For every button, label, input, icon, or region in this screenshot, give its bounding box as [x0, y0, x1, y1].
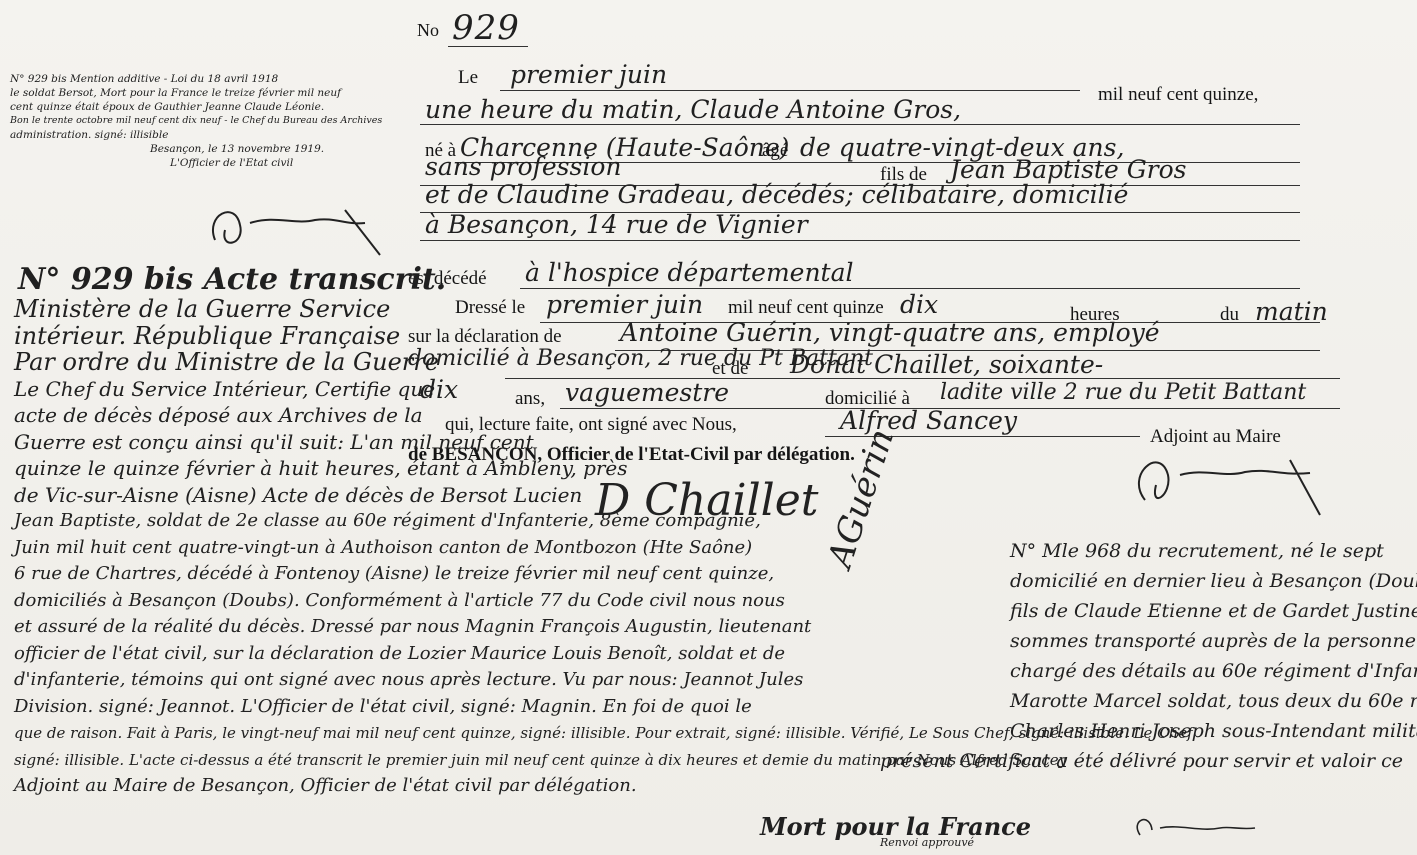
- transcription-right-line: présent Certificat a été délivré pour se…: [880, 746, 1417, 776]
- document-page: No 929 N° 929 bis Mention additive - Loi…: [0, 0, 1417, 855]
- officer-signature-1: [195, 195, 405, 265]
- transcription-right-line: sommes transporté auprès de la personne …: [1010, 626, 1417, 656]
- margin-note-line: Besançon, le 13 novembre 1919.: [10, 142, 390, 156]
- renvoi-approuve: Renvoi approuvé: [880, 836, 974, 849]
- transcription-line: quinze le quinze février à huit heures, …: [14, 455, 1193, 482]
- margin-note-line: L'Officier de l'Etat civil: [10, 156, 390, 170]
- year-text: mil neuf cent quinze,: [1098, 84, 1258, 106]
- main-line-0: Le: [458, 67, 478, 89]
- margin-note: N° 929 bis Mention additive - Loi du 18 …: [10, 72, 390, 170]
- margin-note-line: cent quinze était époux de Gauthier Jean…: [10, 100, 390, 114]
- margin-note-line: Bon le trente octobre mil neuf cent dix …: [10, 114, 390, 128]
- transcription-line: Le Chef du Service Intérieur, Certifie q…: [14, 376, 1193, 403]
- fill-line: [420, 240, 1300, 241]
- transcription-right-line: fils de Claude Etienne et de Gardet Just…: [1010, 596, 1417, 626]
- transcription-line: intérieur. République Française: [14, 323, 1193, 350]
- profession: sans profession: [425, 152, 621, 181]
- transcription-line: Ministère de la Guerre Service: [14, 296, 1193, 323]
- transcription-right-line: chargé des détails au 60e régiment d'Inf…: [1010, 656, 1417, 686]
- residence: à Besançon, 14 rue de Vignier: [425, 210, 808, 239]
- death-date: premier juin: [510, 60, 667, 89]
- transcription-right-line: Marotte Marcel soldat, tous deux du 60e …: [1010, 686, 1417, 716]
- transcription-line: Adjoint au Maire de Besançon, Officier d…: [14, 773, 1193, 800]
- transcription-line: Par ordre du Ministre de la Guerre: [14, 349, 1193, 376]
- margin-note-line: N° 929 bis Mention additive - Loi du 18 …: [10, 72, 390, 86]
- transcription-line: acte de décès déposé aux Archives de la: [14, 402, 1193, 429]
- transcription-right-line: Charles Henri Joseph sous-Intendant mili…: [1010, 716, 1417, 746]
- record-number-label: No: [417, 20, 439, 41]
- transcription-title: N° 929 bis Acte transcrit.: [18, 262, 446, 297]
- transcription-right-line: N° Mle 968 du recrutement, né le sept: [1010, 536, 1417, 566]
- age-label: âgé: [762, 140, 788, 162]
- transcription-right-line: domicilié en dernier lieu à Besançon (Do…: [1010, 566, 1417, 596]
- record-number: 929: [452, 8, 520, 48]
- transcription-line: Jean Baptiste, soldat de 2e classe au 60…: [14, 508, 1193, 535]
- margin-note-line: le soldat Bersot, Mort pour la France le…: [10, 86, 390, 100]
- margin-note-line: administration. signé: illisible: [10, 128, 390, 142]
- mother-status-line: et de Claudine Gradeau, décédés; célibat…: [425, 180, 1128, 209]
- transcription-line: Guerre est conçu ainsi qu'il suit: L'an …: [14, 429, 1193, 456]
- fill-line: [520, 288, 1300, 289]
- officer-signature-3: [1120, 810, 1260, 850]
- death-hour-name: une heure du matin, Claude Antoine Gros,: [425, 95, 961, 124]
- number-underline: [448, 46, 528, 47]
- death-place: à l'hospice départemental: [525, 258, 854, 287]
- transcription-line: de Vic-sur-Aisne (Aisne) Acte de décès d…: [14, 482, 1193, 509]
- fill-line: [500, 90, 1080, 91]
- fill-line: [420, 124, 1300, 125]
- transcription-body-right: N° Mle 968 du recrutement, né le sept do…: [1010, 536, 1417, 776]
